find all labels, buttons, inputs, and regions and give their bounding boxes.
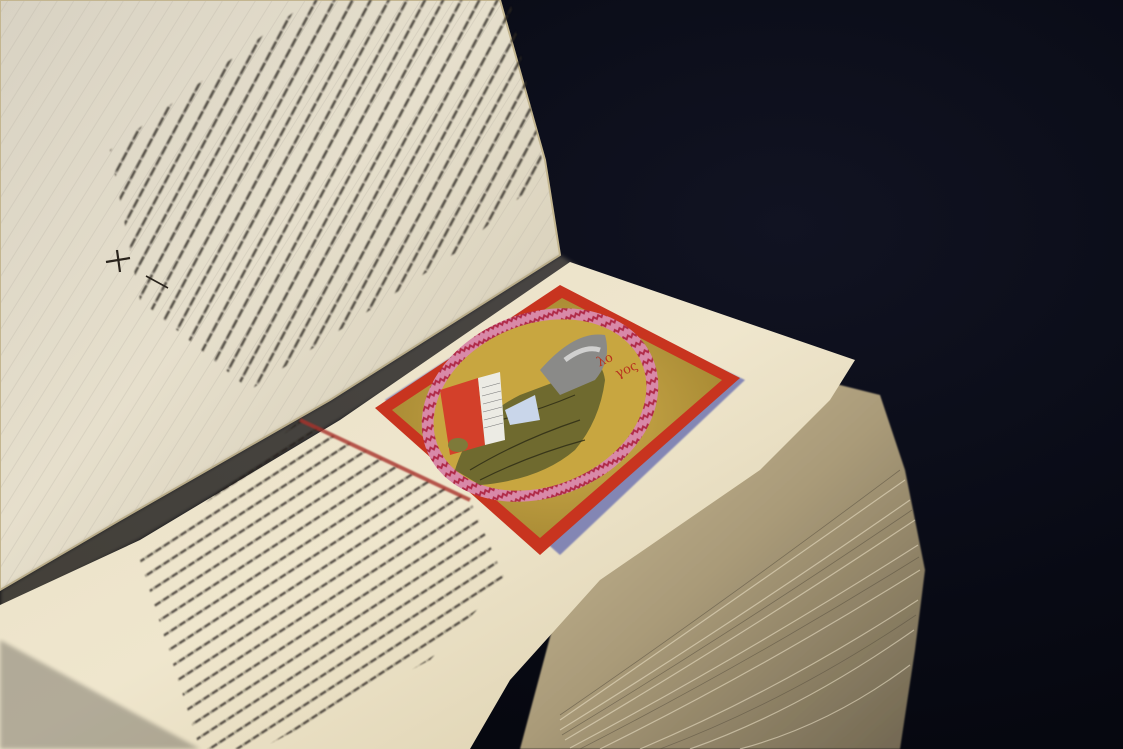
manuscript-photo: λο γος [0,0,1123,749]
photo-scene: λο γος [0,0,1123,749]
